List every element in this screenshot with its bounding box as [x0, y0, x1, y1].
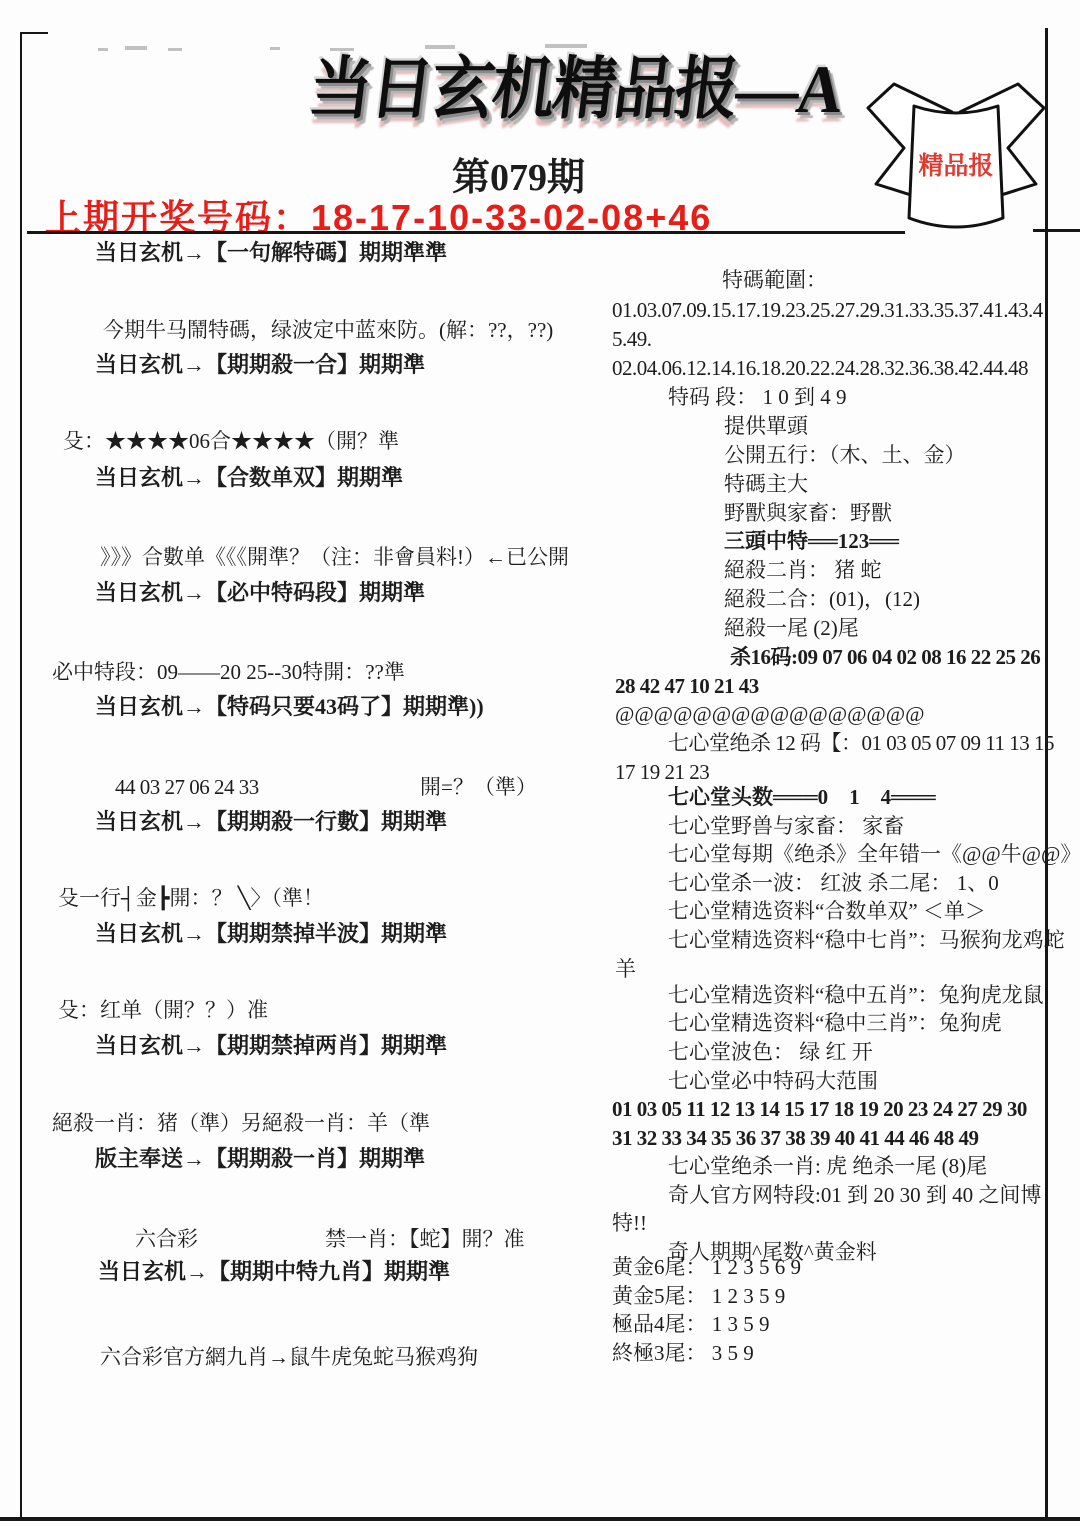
tip-line-9: 絕殺一肖：猪（準）另絕殺一肖：羊（準	[52, 1111, 430, 1135]
right-line-31: 七心堂绝杀一肖: 虎 绝杀一尾 (8)尾	[668, 1154, 987, 1178]
right-line-3: 02.04.06.12.14.16.18.20.22.24.28.32.36.3…	[612, 356, 1028, 380]
right-line-30: 31 32 33 34 35 36 37 38 39 40 41 44 46 4…	[612, 1126, 979, 1150]
right-line-16: 七心堂绝杀 12 码【：01 03 05 07 09 11 13 15	[668, 731, 1054, 755]
ribbon-label: 精品报	[918, 151, 993, 180]
page-border-left	[20, 32, 22, 1520]
right-line-13: 杀16码:09 07 06 04 02 08 16 22 25 26	[730, 645, 1040, 669]
right-line-14: 28 42 47 10 21 43	[615, 674, 759, 698]
right-line-5: 提供單頭	[724, 414, 808, 438]
tip-line-6: 44 03 27 06 24 33	[115, 775, 259, 799]
tip-line-4: 》》》合數单《《《開準？（注：非會員料!）←已公開	[100, 545, 569, 569]
tip-line-3: 殳：★★★★06合★★★★（開？準	[63, 429, 399, 453]
ribbon-stamp: 精品报	[852, 76, 1060, 248]
tip-line-10b: 禁一肖：【蛇】開？准	[325, 1227, 525, 1251]
right-line-24: 羊	[615, 957, 636, 981]
newspaper-page: 当日玄机精品报—A 第079期 上期开奖号码：18-17-10-33-02-08…	[0, 0, 1080, 1527]
right-line-21: 七心堂杀一波： 红波 杀二尾： 1、0	[668, 871, 999, 895]
result-line-4: 当日玄机→【必中特码段】期期準	[95, 580, 425, 605]
right-line-25: 七心堂精选资料“稳中五肖”：兔狗虎龙鼠	[668, 983, 1044, 1007]
right-line-8: 野獸與家畜：野獸	[724, 501, 892, 525]
right-line-26: 七心堂精选资料“稳中三肖”：兔狗虎	[668, 1011, 1002, 1035]
right-line-15: @@@@@@@@@@@@@@@@	[615, 702, 924, 726]
masthead-title: 当日玄机精品报—A	[304, 34, 848, 132]
result-line-5: 当日玄机→【特码只要43码了】期期準))	[95, 694, 484, 719]
tip-line-6b: 開=？（準）	[420, 775, 537, 799]
tip-line-7: 殳一行┤金┣開：？ ╲〉（準！	[58, 886, 324, 910]
right-line-11: 絕殺二合：(01)，(12)	[724, 587, 920, 611]
tip-line-8: 殳：红单（開？？）准	[58, 998, 268, 1022]
right-line-2: 5.49.	[612, 327, 652, 351]
result-line-9: 版主奉送→【期期殺一肖】期期準	[95, 1146, 425, 1171]
result-line-3: 当日玄机→【合数单双】期期準	[95, 465, 403, 490]
right-line-36: 黄金5尾： 1 2 3 5 9	[612, 1284, 785, 1308]
right-line-22: 七心堂精选资料“合数单双” ＜单＞	[668, 899, 986, 923]
right-line-38: 終極3尾： 3 5 9	[612, 1341, 754, 1365]
right-line-28: 七心堂必中特码大范围	[668, 1069, 878, 1093]
right-line-7: 特碼主大	[724, 472, 808, 496]
right-line-4: 特码 段： 1 0 到 4 9	[668, 385, 847, 409]
right-line-27: 七心堂波色： 绿 红 开	[668, 1040, 873, 1064]
result-line-6: 当日玄机→【期期殺一行數】期期準	[95, 809, 447, 834]
right-line-1: 01.03.07.09.15.17.19.23.25.27.29.31.33.3…	[612, 298, 1043, 322]
tip-line-11: 六合彩官方網九肖→鼠牛虎兔蛇马猴鸡狗	[100, 1345, 478, 1369]
right-line-0: 特碼範圍：	[722, 268, 827, 292]
right-line-37: 極品4尾： 1 3 5 9	[612, 1312, 770, 1336]
tip-line-10: 六合彩	[135, 1227, 198, 1251]
page-border-bottom	[0, 1517, 1080, 1521]
result-line-10: 当日玄机→【期期中特九肖】期期準	[98, 1259, 450, 1284]
right-line-32: 奇人官方网特段:01 到 20 30 到 40 之间博	[668, 1183, 1041, 1207]
right-line-9: 三頭中特══123══	[724, 529, 899, 553]
right-line-23: 七心堂精选资料“稳中七肖”：马猴狗龙鸡蛇	[668, 928, 1065, 952]
right-line-12: 絕殺一尾 (2)尾	[724, 616, 859, 640]
tip-line-2: 今期牛马鬧特碼，绿波定中蓝來防。(解：??，??)	[103, 318, 553, 342]
result-line-2: 当日玄机→【期期殺一合】期期準	[95, 352, 425, 377]
right-line-19: 七心堂野兽与家畜： 家畜	[668, 814, 904, 838]
right-line-17: 17 19 21 23	[615, 760, 709, 784]
right-line-35: 黄金6尾： 1 2 3 5 6 9	[612, 1255, 801, 1279]
right-line-18: 七心堂头数═══0 1 4═══	[668, 785, 936, 809]
right-line-6: 公開五行：（木、土、金）	[724, 443, 966, 467]
right-line-33: 特!!	[612, 1211, 647, 1235]
right-line-20: 七心堂每期《绝杀》全年错一《@@牛@@》	[668, 842, 1080, 866]
result-line-1: 当日玄机→【一句解特碼】期期準準	[95, 240, 447, 265]
header-rule	[27, 231, 905, 234]
page-border-right	[1045, 28, 1048, 1520]
result-line-7: 当日玄机→【期期禁掉半波】期期準	[95, 921, 447, 946]
page-border-top-stub	[20, 32, 48, 34]
right-line-29: 01 03 05 11 12 13 14 15 17 18 19 20 23 2…	[612, 1097, 1027, 1121]
result-line-8: 当日玄机→【期期禁掉两肖】期期準	[95, 1033, 447, 1058]
right-line-10: 絕殺二肖： 猪 蛇	[724, 558, 882, 582]
tip-line-5: 必中特段：09——20 25--30特開：??準	[52, 660, 405, 684]
